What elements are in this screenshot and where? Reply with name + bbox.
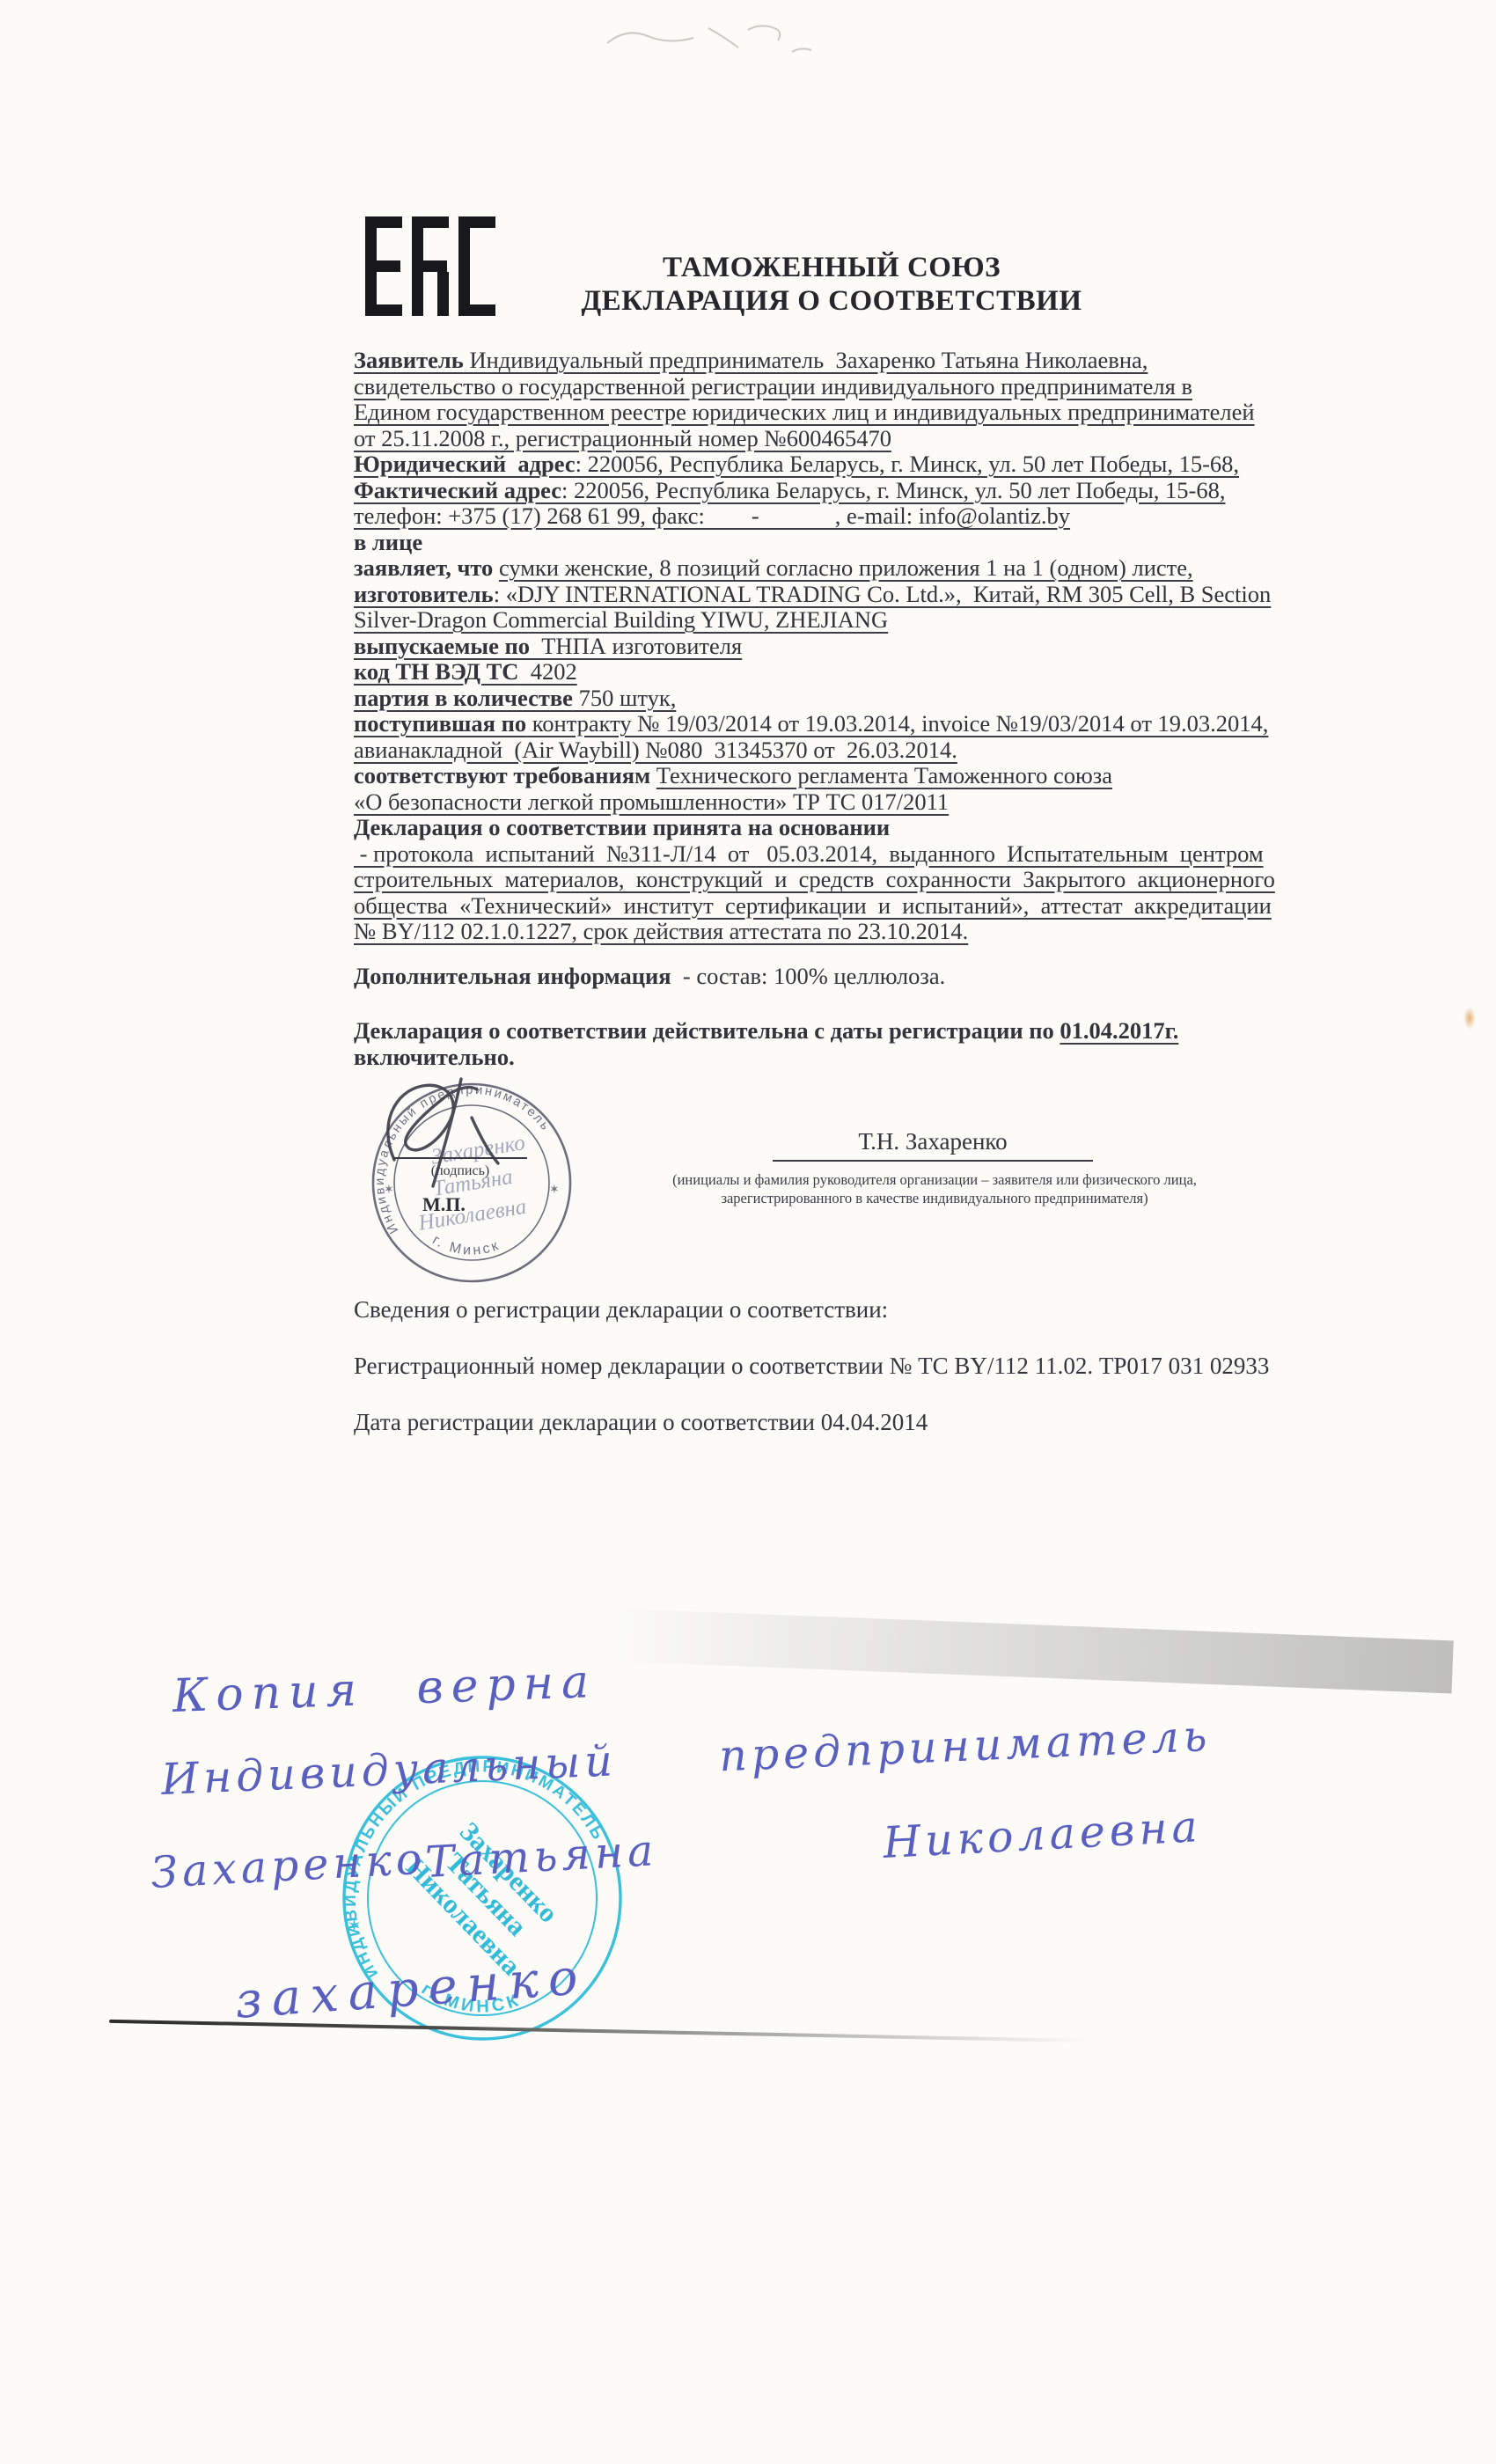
body-line: № BY/112 02.1.0.1227, срок действия атте… [354,919,1269,945]
body-line: партия в количестве 750 штук, [354,686,1269,712]
body-line-segment: соответствуют требованиям [354,762,650,788]
body-line-segment: № BY/112 02.1.0.1227, срок действия атте… [354,918,968,944]
body-line: соответствуют требованиям Технического р… [354,763,1269,789]
body-line: изготовитель: «DJY INTERNATIONAL TRADING… [354,582,1269,608]
body-line-segment: партия в количестве [354,685,573,711]
body-line-segment: Silver-Dragon Commercial Building YIWU, … [354,606,888,633]
body-line-segment: код ТН ВЭД ТС [354,658,518,685]
signature-caption: (подпись) [385,1163,536,1179]
validity-prefix: Декларация о соответствии действительна … [354,1017,1060,1044]
signatory-note-line2: зарегистрированного в качестве индивидуа… [721,1190,1148,1206]
body-line: Фактический адрес: 220056, Республика Бе… [354,478,1269,504]
body-line-segment: Декларация о соответствии принята на осн… [354,814,890,840]
additional-info-label: Дополнительная информация [354,963,671,989]
signature-mark [373,1075,593,1207]
body-line-segment: выпускаемые по [354,633,530,659]
body-line-segment: : 220056, Республика Беларусь, г. Минск,… [576,451,1239,477]
body-line-segment: Фактический адрес [354,477,561,503]
signature-line [393,1157,527,1159]
signatory-name: Т.Н. Захаренко [773,1128,1093,1162]
body-line-segment: Юридический адрес [354,451,576,477]
scanned-declaration-page: ТАМОЖЕННЫЙ СОЮЗ ДЕКЛАРАЦИЯ О СООТВЕТСТВИ… [0,0,1496,2464]
body-line: Юридический адрес: 220056, Республика Бе… [354,451,1269,478]
body-line: свидетельство о государственной регистра… [354,374,1269,400]
body-line: Едином государственном реестре юридическ… [354,400,1269,426]
body-line: Silver-Dragon Commercial Building YIWU, … [354,607,1269,634]
document-title-line1: ТАМОЖЕННЫЙ СОЮЗ [488,252,1175,284]
body-line-segment: Едином государственном реестре юридическ… [354,399,1255,425]
body-line: «О безопасности легкой промышленности» Т… [354,789,1269,816]
body-line: общества «Технический» институт сертифик… [354,893,1269,920]
body-line-segment: заявляет, что [354,554,499,581]
body-line: код ТН ВЭД ТС 4202 [354,659,1269,686]
eac-logo [365,216,497,319]
body-line-segment: : 220056, Республика Беларусь, г. Минск,… [561,477,1225,503]
body-line-segment: свидетельство о государственной регистра… [354,373,1192,400]
body-line: авианакладной (Air Waybill) №080 3134537… [354,737,1269,764]
body-line-segment: Индивидуальный предприниматель Захаренко… [464,347,1148,373]
body-line-segment: 4202 [518,658,576,685]
body-line-segment: общества «Технический» институт сертифик… [354,892,1272,919]
body-line-segment: изготовитель [354,581,494,607]
validity-date: 01.04.2017г. [1060,1017,1178,1044]
body-line-segment: от 25.11.2008 г., регистрационный номер … [354,425,891,451]
registration-heading: Сведения о регистрации декларации о соот… [354,1296,888,1324]
body-line: в лице [354,530,1269,556]
registration-date-line: Дата регистрации декларации о соответств… [354,1409,928,1436]
body-line-segment: Технического регламента Таможенного союз… [656,762,1112,788]
body-line-segment: поступившая по [354,710,526,737]
registration-number-line: Регистрационный номер декларации о соотв… [354,1353,1269,1380]
body-line-segment: - протокола испытаний №311-Л/14 от 05.03… [354,840,1264,867]
body-line-segment: : «DJY INTERNATIONAL TRADING Co. Ltd.», … [494,581,1272,607]
body-line: Декларация о соответствии принята на осн… [354,815,1269,841]
scan-ink-dot [1463,1007,1476,1030]
body-line-segment: контракту № 19/03/2014 от 19.03.2014, in… [526,710,1268,737]
body-line: телефон: +375 (17) 268 61 99, факс: - , … [354,503,1269,530]
handwriting-patronymic: Николаевна [882,1801,1203,1868]
body-line-segment: Заявитель [354,347,464,373]
body-line-segment: сумки женские, 8 позиций согласно прилож… [499,554,1193,581]
pencil-smudge-marks [546,4,880,83]
scan-shadow-band [603,1609,1454,1694]
signatory-note-line1: (инициалы и фамилия руководителя организ… [672,1171,1197,1188]
stamp-place-label: М.П. [422,1193,466,1216]
body-line: заявляет, что сумки женские, 8 позиций с… [354,555,1269,582]
signatory-note: (инициалы и фамилия руководителя организ… [616,1170,1253,1207]
body-line-segment: строительных материалов, конструкций и с… [354,866,1275,892]
validity-statement: Декларация о соответствии действительна … [354,1017,1178,1070]
body-line-segment: телефон: +375 (17) 268 61 99, факс: - , … [354,502,1070,529]
body-line-segment: в лице [354,529,422,555]
body-line: от 25.11.2008 г., регистрационный номер … [354,426,1269,452]
body-line-segment: ТНПА изготовителя [530,633,742,659]
body-lines: Заявитель Индивидуальный предприниматель… [354,348,1269,945]
body-line: поступившая по контракту № 19/03/2014 от… [354,711,1269,737]
teal-stamp-star: ✶ [347,1917,362,1936]
handwriting-line-copy-true: Копия верна [172,1655,598,1723]
body-line: Заявитель Индивидуальный предприниматель… [354,348,1269,374]
body-line-segment: 750 штук, [573,685,676,711]
body-line: - протокола испытаний №311-Л/14 от 05.03… [354,841,1269,868]
body-line-segment: авианакладной (Air Waybill) №080 3134537… [354,737,957,763]
additional-info-value: - состав: 100% целлюлоза. [671,963,946,989]
body-line: строительных материалов, конструкций и с… [354,867,1269,893]
document-title-line2: ДЕКЛАРАЦИЯ О СООТВЕТСТВИИ [488,285,1175,318]
additional-info-line: Дополнительная информация - состав: 100%… [354,963,945,990]
validity-line2: включительно. [354,1044,515,1070]
body-line-segment: «О безопасности легкой промышленности» Т… [354,788,949,815]
body-line-segment [650,762,656,788]
handwriting-line-entrepreneur: Индивидуальный предприниматель [160,1711,1212,1805]
body-line: выпускаемые по ТНПА изготовителя [354,634,1269,660]
